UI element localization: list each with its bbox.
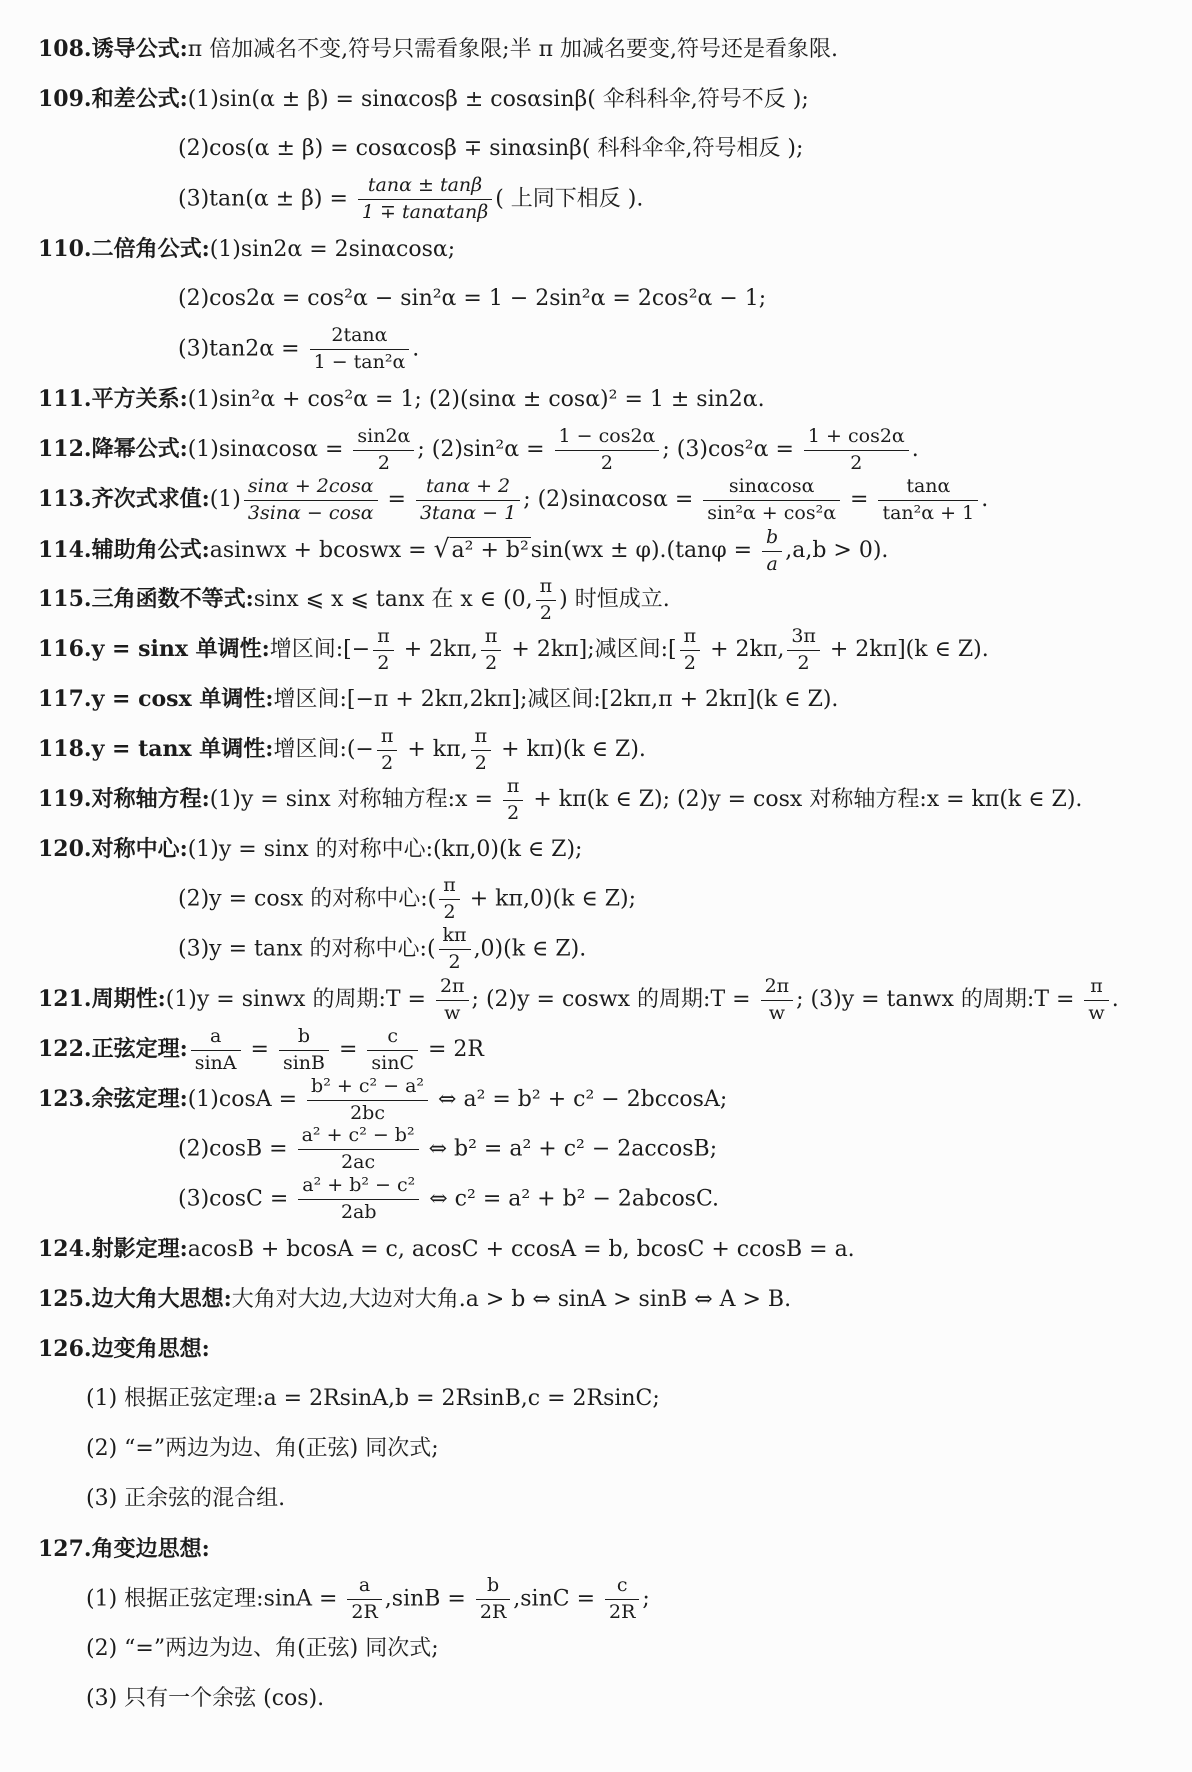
formula-line: 115.三角函数不等式:sinx ⩽ x ⩽ tanx 在 x ∈ (0,π2)… <box>38 574 1178 624</box>
formula-line: (3) 只有一个余弦 (cos). <box>38 1674 1178 1724</box>
fraction: tanα ± tanβ1 ∓ tanαtanβ <box>358 174 492 225</box>
formula-line: 126.边变角思想: <box>38 1324 1178 1374</box>
formula-text: (1)sin2α = 2sinαcosα; <box>210 237 455 262</box>
formula-text: + kπ, <box>400 737 467 762</box>
formula-text: (3) 只有一个余弦 (cos). <box>86 1686 324 1711</box>
fraction: b2R <box>476 1574 510 1625</box>
fraction: πw <box>1084 975 1108 1026</box>
fraction: csinC <box>367 1025 418 1076</box>
formula-text: ⇔ c² = a² + b² − 2abcosC. <box>422 1186 719 1211</box>
formula-text: sin(wx ± φ).(tanφ = <box>531 538 759 563</box>
formula-line: (2) “=”两边为边、角(正弦) 同次式; <box>38 1624 1178 1674</box>
formula-text: ,0)(k ∈ Z). <box>474 936 587 961</box>
formula-text: ,sinC = <box>513 1586 602 1611</box>
formula-text: (1)sinαcosα = <box>188 437 351 462</box>
formula-text: (1) 根据正弦定理:sinA = <box>86 1586 344 1611</box>
formula-text: (1)y = sinx 对称轴方程:x = <box>210 787 500 812</box>
formula-text: + 2kπ];减区间:[ <box>504 637 676 662</box>
formula-line: (3)tan(α ± β) = tanα ± tanβ1 ∓ tanαtanβ(… <box>38 174 1178 224</box>
fraction: π2 <box>536 575 557 626</box>
formula-text: ( 上同下相反 ). <box>495 186 643 211</box>
formula-text: (3)tan2α = <box>178 336 307 361</box>
formula-line: (3)y = tanx 的对称中心:(kπ2,0)(k ∈ Z). <box>38 924 1178 974</box>
fraction: tanαtan²α + 1 <box>878 475 978 526</box>
fraction: asinA <box>191 1025 241 1076</box>
formula-text: ; <box>642 1586 649 1611</box>
item-label: 126.边变角思想: <box>38 1336 210 1362</box>
formula-text: (1)y = sinx 的对称中心:(kπ,0)(k ∈ Z); <box>188 837 583 862</box>
formula-line: (2)y = cosx 的对称中心:(π2 + kπ,0)(k ∈ Z); <box>38 874 1178 924</box>
formula-line: 110.二倍角公式:(1)sin2α = 2sinαcosα; <box>38 224 1178 274</box>
fraction: π2 <box>471 725 492 776</box>
formula-text: + kπ)(k ∈ Z). <box>494 737 646 762</box>
fraction: ba <box>762 526 782 577</box>
formula-line: 122.正弦定理:asinA = bsinB = csinC = 2R <box>38 1024 1178 1074</box>
formula-text: . <box>912 437 919 462</box>
formula-line: (1) 根据正弦定理:sinA = a2R,sinB = b2R,sinC = … <box>38 1574 1178 1624</box>
item-label: 119.对称轴方程: <box>38 786 210 812</box>
formula-text: (1)sin(α ± β) = sinαcosβ ± cosαsinβ( 伞科科… <box>188 87 809 112</box>
formula-line: 109.和差公式:(1)sin(α ± β) = sinαcosβ ± cosα… <box>38 74 1178 124</box>
formula-text: ,sinB = <box>385 1586 473 1611</box>
fraction: π2 <box>481 625 502 676</box>
fraction: a² + c² − b²2ac <box>298 1124 419 1175</box>
formula-text: ⇔ b² = a² + c² − 2accosB; <box>422 1136 718 1161</box>
formula-text: π 倍加减名不变,符号只需看象限;半 π 加减名要变,符号还是看象限. <box>188 37 838 62</box>
formula-line: (2)cos(α ± β) = cosαcosβ ∓ sinαsinβ( 科科伞… <box>38 124 1178 174</box>
fraction: sin2α2 <box>353 425 414 476</box>
formula-text: 增区间:(− <box>273 737 373 762</box>
formula-text: = <box>381 487 413 512</box>
fraction: sinα + 2cosα3sinα − cosα <box>244 475 378 526</box>
formula-text: + kπ(k ∈ Z); (2)y = cosx 对称轴方程:x = kπ(k … <box>526 787 1082 812</box>
fraction: 2tanα1 − tan²α <box>310 324 410 375</box>
formula-text: (1) 根据正弦定理:a = 2RsinA,b = 2RsinB,c = 2Rs… <box>86 1386 660 1411</box>
formula-line: 124.射影定理:acosB + bcosA = c, acosC + ccos… <box>38 1224 1178 1274</box>
formula-line: 111.平方关系:(1)sin²α + cos²α = 1; (2)(sinα … <box>38 374 1178 424</box>
formula-line: 121.周期性:(1)y = sinwx 的周期:T = 2πw; (2)y =… <box>38 974 1178 1024</box>
item-label: 122.正弦定理: <box>38 1036 188 1062</box>
formula-text: (3) 正余弦的混合组. <box>86 1486 285 1511</box>
item-label: 110.二倍角公式: <box>38 236 210 262</box>
formula-text: = 2R <box>421 1037 484 1062</box>
formula-line: 123.余弦定理:(1)cosA = b² + c² − a²2bc ⇔ a² … <box>38 1074 1178 1124</box>
radical-icon: √ <box>434 534 450 563</box>
fraction: 3π2 <box>787 625 820 676</box>
formula-text: (3)tan(α ± β) = <box>178 186 355 211</box>
formula-text: ; (2)y = coswx 的周期:T = <box>472 987 758 1012</box>
fraction: 1 − cos2α2 <box>555 425 660 476</box>
formula-text: = <box>332 1037 364 1062</box>
item-label: 125.边大角大思想: <box>38 1286 232 1312</box>
fraction: 2πw <box>761 975 794 1026</box>
formula-text: sinx ⩽ x ⩽ tanx 在 x ∈ (0, <box>254 587 533 612</box>
formula-text: + 2kπ](k ∈ Z). <box>823 637 989 662</box>
formula-text: (2) “=”两边为边、角(正弦) 同次式; <box>86 1436 439 1461</box>
formula-text: ; (3)y = tanwx 的周期:T = <box>796 987 1081 1012</box>
formula-line: (1) 根据正弦定理:a = 2RsinA,b = 2RsinB,c = 2Rs… <box>38 1374 1178 1424</box>
formula-line: 120.对称中心:(1)y = sinx 的对称中心:(kπ,0)(k ∈ Z)… <box>38 824 1178 874</box>
fraction: 1 + cos2α2 <box>804 425 909 476</box>
item-label: 109.和差公式: <box>38 86 188 112</box>
formula-sheet-page: 108.诱导公式:π 倍加减名不变,符号只需看象限;半 π 加减名要变,符号还是… <box>0 0 1192 1772</box>
formula-text: 增区间:[−π + 2kπ,2kπ];减区间:[2kπ,π + 2kπ](k ∈… <box>273 687 838 712</box>
formula-text: . <box>981 487 988 512</box>
formula-text: (1)y = sinwx 的周期:T = <box>166 987 433 1012</box>
formula-text: 大角对大边,大边对大角.a > b ⇔ sinA > sinB ⇔ A > B. <box>232 1287 791 1312</box>
fraction: π2 <box>503 775 524 826</box>
formula-text: ⇔ a² = b² + c² − 2bccosA; <box>431 1087 727 1112</box>
formula-line: (2)cos2α = cos²α − sin²α = 1 − 2sin²α = … <box>38 274 1178 324</box>
fraction: tanα + 23tanα − 1 <box>416 475 520 526</box>
fraction: a² + b² − c²2ab <box>298 1174 419 1225</box>
formula-line: 113.齐次式求值:(1)sinα + 2cosα3sinα − cosα = … <box>38 474 1178 524</box>
item-label: 111.平方关系: <box>38 386 188 412</box>
formula-text: (2)y = cosx 的对称中心:( <box>178 886 436 911</box>
fraction: π2 <box>373 625 394 676</box>
item-label: 115.三角函数不等式: <box>38 586 254 612</box>
fraction: bsinB <box>279 1025 329 1076</box>
formula-text: (1) <box>210 487 241 512</box>
formula-line: (2)cosB = a² + c² − b²2ac ⇔ b² = a² + c²… <box>38 1124 1178 1174</box>
formula-text: = <box>244 1037 276 1062</box>
fraction: sinαcosαsin²α + cos²α <box>703 475 840 526</box>
formula-sheet: 108.诱导公式:π 倍加减名不变,符号只需看象限;半 π 加减名要变,符号还是… <box>38 24 1178 1724</box>
formula-text: + 2kπ, <box>397 637 478 662</box>
formula-text: . <box>1112 987 1119 1012</box>
formula-text: (3)cosC = <box>178 1186 295 1211</box>
item-label: 112.降幂公式: <box>38 436 188 462</box>
formula-text: 增区间:[− <box>270 637 370 662</box>
formula-text: acosB + bcosA = c, acosC + ccosA = b, bc… <box>188 1237 855 1262</box>
item-label: 114.辅助角公式: <box>38 537 210 563</box>
formula-text: (2)cosB = <box>178 1136 295 1161</box>
item-label: 123.余弦定理: <box>38 1086 188 1112</box>
formula-text: (2)cos2α = cos²α − sin²α = 1 − 2sin²α = … <box>178 286 766 311</box>
formula-text: = <box>843 487 875 512</box>
formula-line: (2) “=”两边为边、角(正弦) 同次式; <box>38 1424 1178 1474</box>
formula-text: ; (2)sinαcosα = <box>523 487 700 512</box>
formula-line: 112.降幂公式:(1)sinαcosα = sin2α2; (2)sin²α … <box>38 424 1178 474</box>
formula-text: + kπ,0)(k ∈ Z); <box>463 886 636 911</box>
formula-text: ; (3)cos²α = <box>662 437 801 462</box>
item-label: 118.y = tanx 单调性: <box>38 736 273 762</box>
fraction: kπ2 <box>439 924 471 975</box>
item-label: 108.诱导公式: <box>38 36 188 62</box>
fraction: b² + c² − a²2bc <box>307 1075 428 1126</box>
formula-line: (3) 正余弦的混合组. <box>38 1474 1178 1524</box>
formula-line: 119.对称轴方程:(1)y = sinx 对称轴方程:x = π2 + kπ(… <box>38 774 1178 824</box>
fraction: a2R <box>347 1574 381 1625</box>
formula-text: ,a,b > 0). <box>785 538 888 563</box>
formula-line: 117.y = cosx 单调性:增区间:[−π + 2kπ,2kπ];减区间:… <box>38 674 1178 724</box>
formula-text: (3)y = tanx 的对称中心:( <box>178 936 436 961</box>
formula-line: (3)cosC = a² + b² − c²2ab ⇔ c² = a² + b²… <box>38 1174 1178 1224</box>
formula-text: (2) “=”两边为边、角(正弦) 同次式; <box>86 1636 439 1661</box>
formula-line: 125.边大角大思想:大角对大边,大边对大角.a > b ⇔ sinA > si… <box>38 1274 1178 1324</box>
formula-text: (2)cos(α ± β) = cosαcosβ ∓ sinαsinβ( 科科伞… <box>178 136 803 161</box>
fraction: π2 <box>439 874 460 925</box>
item-label: 124.射影定理: <box>38 1236 188 1262</box>
item-label: 116.y = sinx 单调性: <box>38 636 270 662</box>
fraction: 2πw <box>436 975 469 1026</box>
item-label: 121.周期性: <box>38 986 166 1012</box>
formula-text: asinwx + bcoswx = <box>210 538 434 563</box>
formula-text: ) 时恒成立. <box>559 587 670 612</box>
formula-line: 108.诱导公式:π 倍加减名不变,符号只需看象限;半 π 加减名要变,符号还是… <box>38 24 1178 74</box>
fraction: c2R <box>605 1574 639 1625</box>
item-label: 120.对称中心: <box>38 836 188 862</box>
formula-line: 118.y = tanx 单调性:增区间:(−π2 + kπ,π2 + kπ)(… <box>38 724 1178 774</box>
formula-line: 116.y = sinx 单调性:增区间:[−π2 + 2kπ,π2 + 2kπ… <box>38 624 1178 674</box>
formula-line: 114.辅助角公式:asinwx + bcoswx = √a² + b²sin(… <box>38 524 1178 574</box>
item-label: 113.齐次式求值: <box>38 486 210 512</box>
formula-text: ; (2)sin²α = <box>417 437 551 462</box>
formula-line: 127.角变边思想: <box>38 1524 1178 1574</box>
formula-text: + 2kπ, <box>703 637 784 662</box>
fraction: π2 <box>377 725 398 776</box>
formula-text: (1)sin²α + cos²α = 1; (2)(sinα ± cosα)² … <box>188 387 765 412</box>
sqrt-expression: √a² + b² <box>434 538 531 563</box>
fraction: π2 <box>680 625 701 676</box>
item-label: 117.y = cosx 单调性: <box>38 686 273 712</box>
formula-text: . <box>412 336 419 361</box>
formula-text: (1)cosA = <box>188 1087 304 1112</box>
formula-line: (3)tan2α = 2tanα1 − tan²α. <box>38 324 1178 374</box>
item-label: 127.角变边思想: <box>38 1536 210 1562</box>
